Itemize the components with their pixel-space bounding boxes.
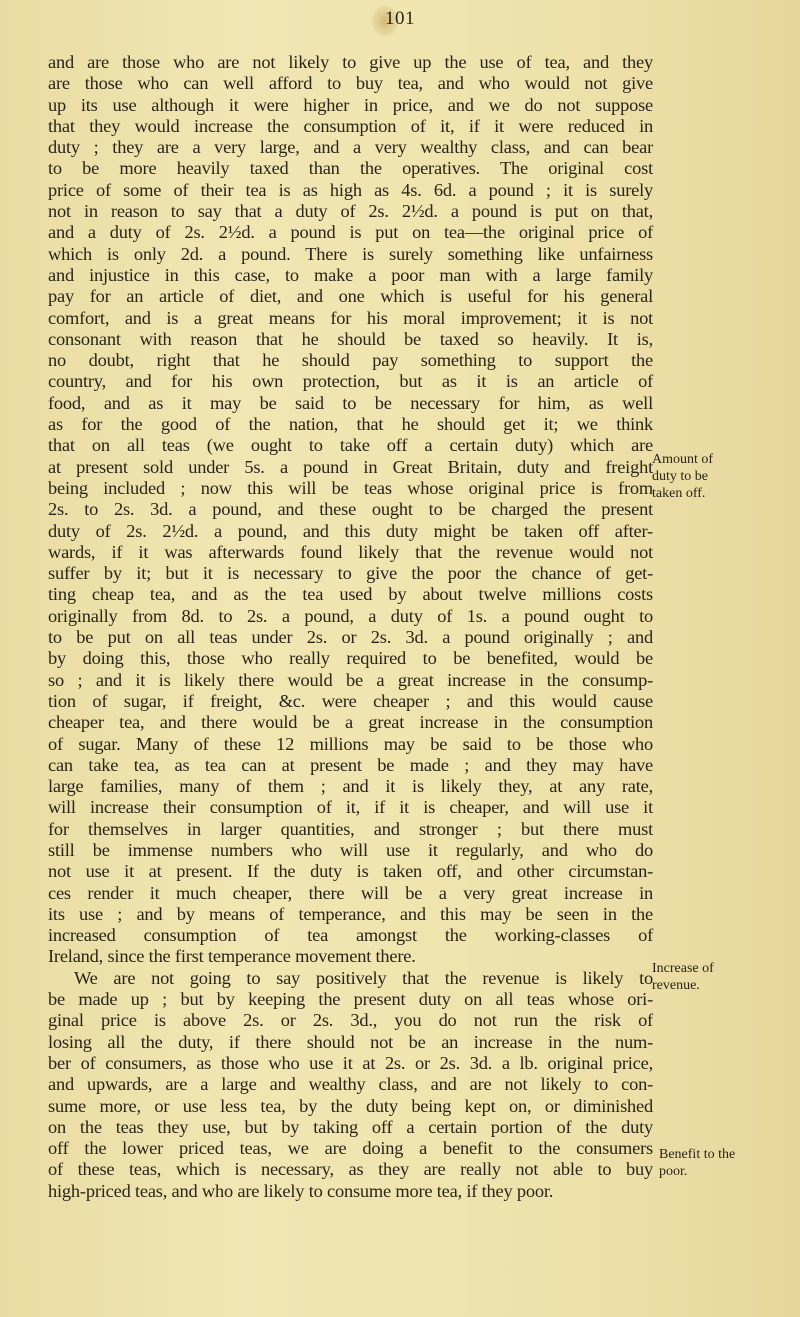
text-line: consonant with reason that he should be … (48, 329, 653, 350)
text-line: and injustice in this case, to make a po… (48, 265, 653, 286)
text-line: no doubt, right that he should pay somet… (48, 350, 653, 371)
text-line: which is only 2d. a pound. There is sure… (48, 244, 653, 265)
text-line: of these teas, which is necessary, as th… (48, 1159, 653, 1180)
text-line: are those who can well afford to buy tea… (48, 73, 653, 94)
text-line: originally from 8d. to 2s. a pound, a du… (48, 606, 653, 627)
text-line: on the teas they use, but by taking off … (48, 1117, 653, 1138)
text-line: that on all teas (we ought to take off a… (48, 435, 653, 456)
text-line: that they would increase the consumption… (48, 116, 653, 137)
text-line: and are those who are not likely to give… (48, 52, 653, 73)
text-line: pay for an article of diet, and one whic… (48, 286, 653, 307)
margin-note-increase-of-revenue: Increase of revenue. (652, 960, 714, 994)
text-line: still be immense numbers who will use it… (48, 840, 653, 861)
text-line: high-priced teas, and who are likely to … (48, 1181, 653, 1202)
body-text: and are those who are not likely to give… (48, 52, 653, 1202)
text-line: be made up ; but by keeping the present … (48, 989, 653, 1010)
text-line: duty ; they are a very large, and a very… (48, 137, 653, 158)
text-line: cheaper tea, and there would be a great … (48, 712, 653, 733)
text-line: 2s. to 2s. 3d. a pound, and these ought … (48, 499, 653, 520)
text-line: so ; and it is likely there would be a g… (48, 670, 653, 691)
text-line: wards, if it was afterwards found likely… (48, 542, 653, 563)
text-line: at present sold under 5s. a pound in Gre… (48, 457, 653, 478)
text-line: increased consumption of tea amongst the… (48, 925, 653, 946)
text-line: not in reason to say that a duty of 2s. … (48, 201, 653, 222)
text-line: as for the good of the nation, that he s… (48, 414, 653, 435)
text-line: ber of consumers, as those who use it at… (48, 1053, 653, 1074)
text-line: comfort, and is a great means for his mo… (48, 308, 653, 329)
text-line: by doing this, those who really required… (48, 648, 653, 669)
text-line: to be put on all teas under 2s. or 2s. 3… (48, 627, 653, 648)
text-line: and upwards, are a large and wealthy cla… (48, 1074, 653, 1095)
text-line: up its use although it were higher in pr… (48, 95, 653, 116)
text-line: being included ; now this will be teas w… (48, 478, 653, 499)
text-line: ginal price is above 2s. or 2s. 3d., you… (48, 1010, 653, 1031)
text-line: price of some of their tea is as high as… (48, 180, 653, 201)
text-line: We are not going to say positively that … (48, 968, 653, 989)
text-line: of sugar. Many of these 12 millions may … (48, 734, 653, 755)
text-line: for themselves in larger quantities, and… (48, 819, 653, 840)
text-line: ting cheap tea, and as the tea used by a… (48, 584, 653, 605)
text-line: country, and for his own protection, but… (48, 371, 653, 392)
text-line: Ireland, since the first temperance move… (48, 946, 653, 967)
text-line: losing all the duty, if there should not… (48, 1032, 653, 1053)
text-line: off the lower priced teas, we are doing … (48, 1138, 653, 1159)
text-line: can take tea, as tea can at present be m… (48, 755, 653, 776)
text-line: sume more, or use less tea, by the duty … (48, 1096, 653, 1117)
text-line: will increase their consumption of it, i… (48, 797, 653, 818)
text-line: ces render it much cheaper, there will b… (48, 883, 653, 904)
text-line: duty of 2s. 2½d. a pound, and this duty … (48, 521, 653, 542)
margin-note-amount-of-duty: Amount of duty to be taken off. (652, 451, 713, 502)
text-line: to be more heavily taxed than the operat… (48, 158, 653, 179)
page-number: 101 (0, 8, 800, 30)
text-line: and a duty of 2s. 2½d. a pound is put on… (48, 222, 653, 243)
text-line: food, and as it may be said to be necess… (48, 393, 653, 414)
text-line: not use it at present. If the duty is ta… (48, 861, 653, 882)
text-line: large families, many of them ; and it is… (48, 776, 653, 797)
text-line: its use ; and by means of temperance, an… (48, 904, 653, 925)
text-line: tion of sugar, if freight, &c. were chea… (48, 691, 653, 712)
margin-note-benefit-to-poor: Benefit to the poor. (659, 1146, 735, 1180)
text-line: suffer by it; but it is necessary to giv… (48, 563, 653, 584)
